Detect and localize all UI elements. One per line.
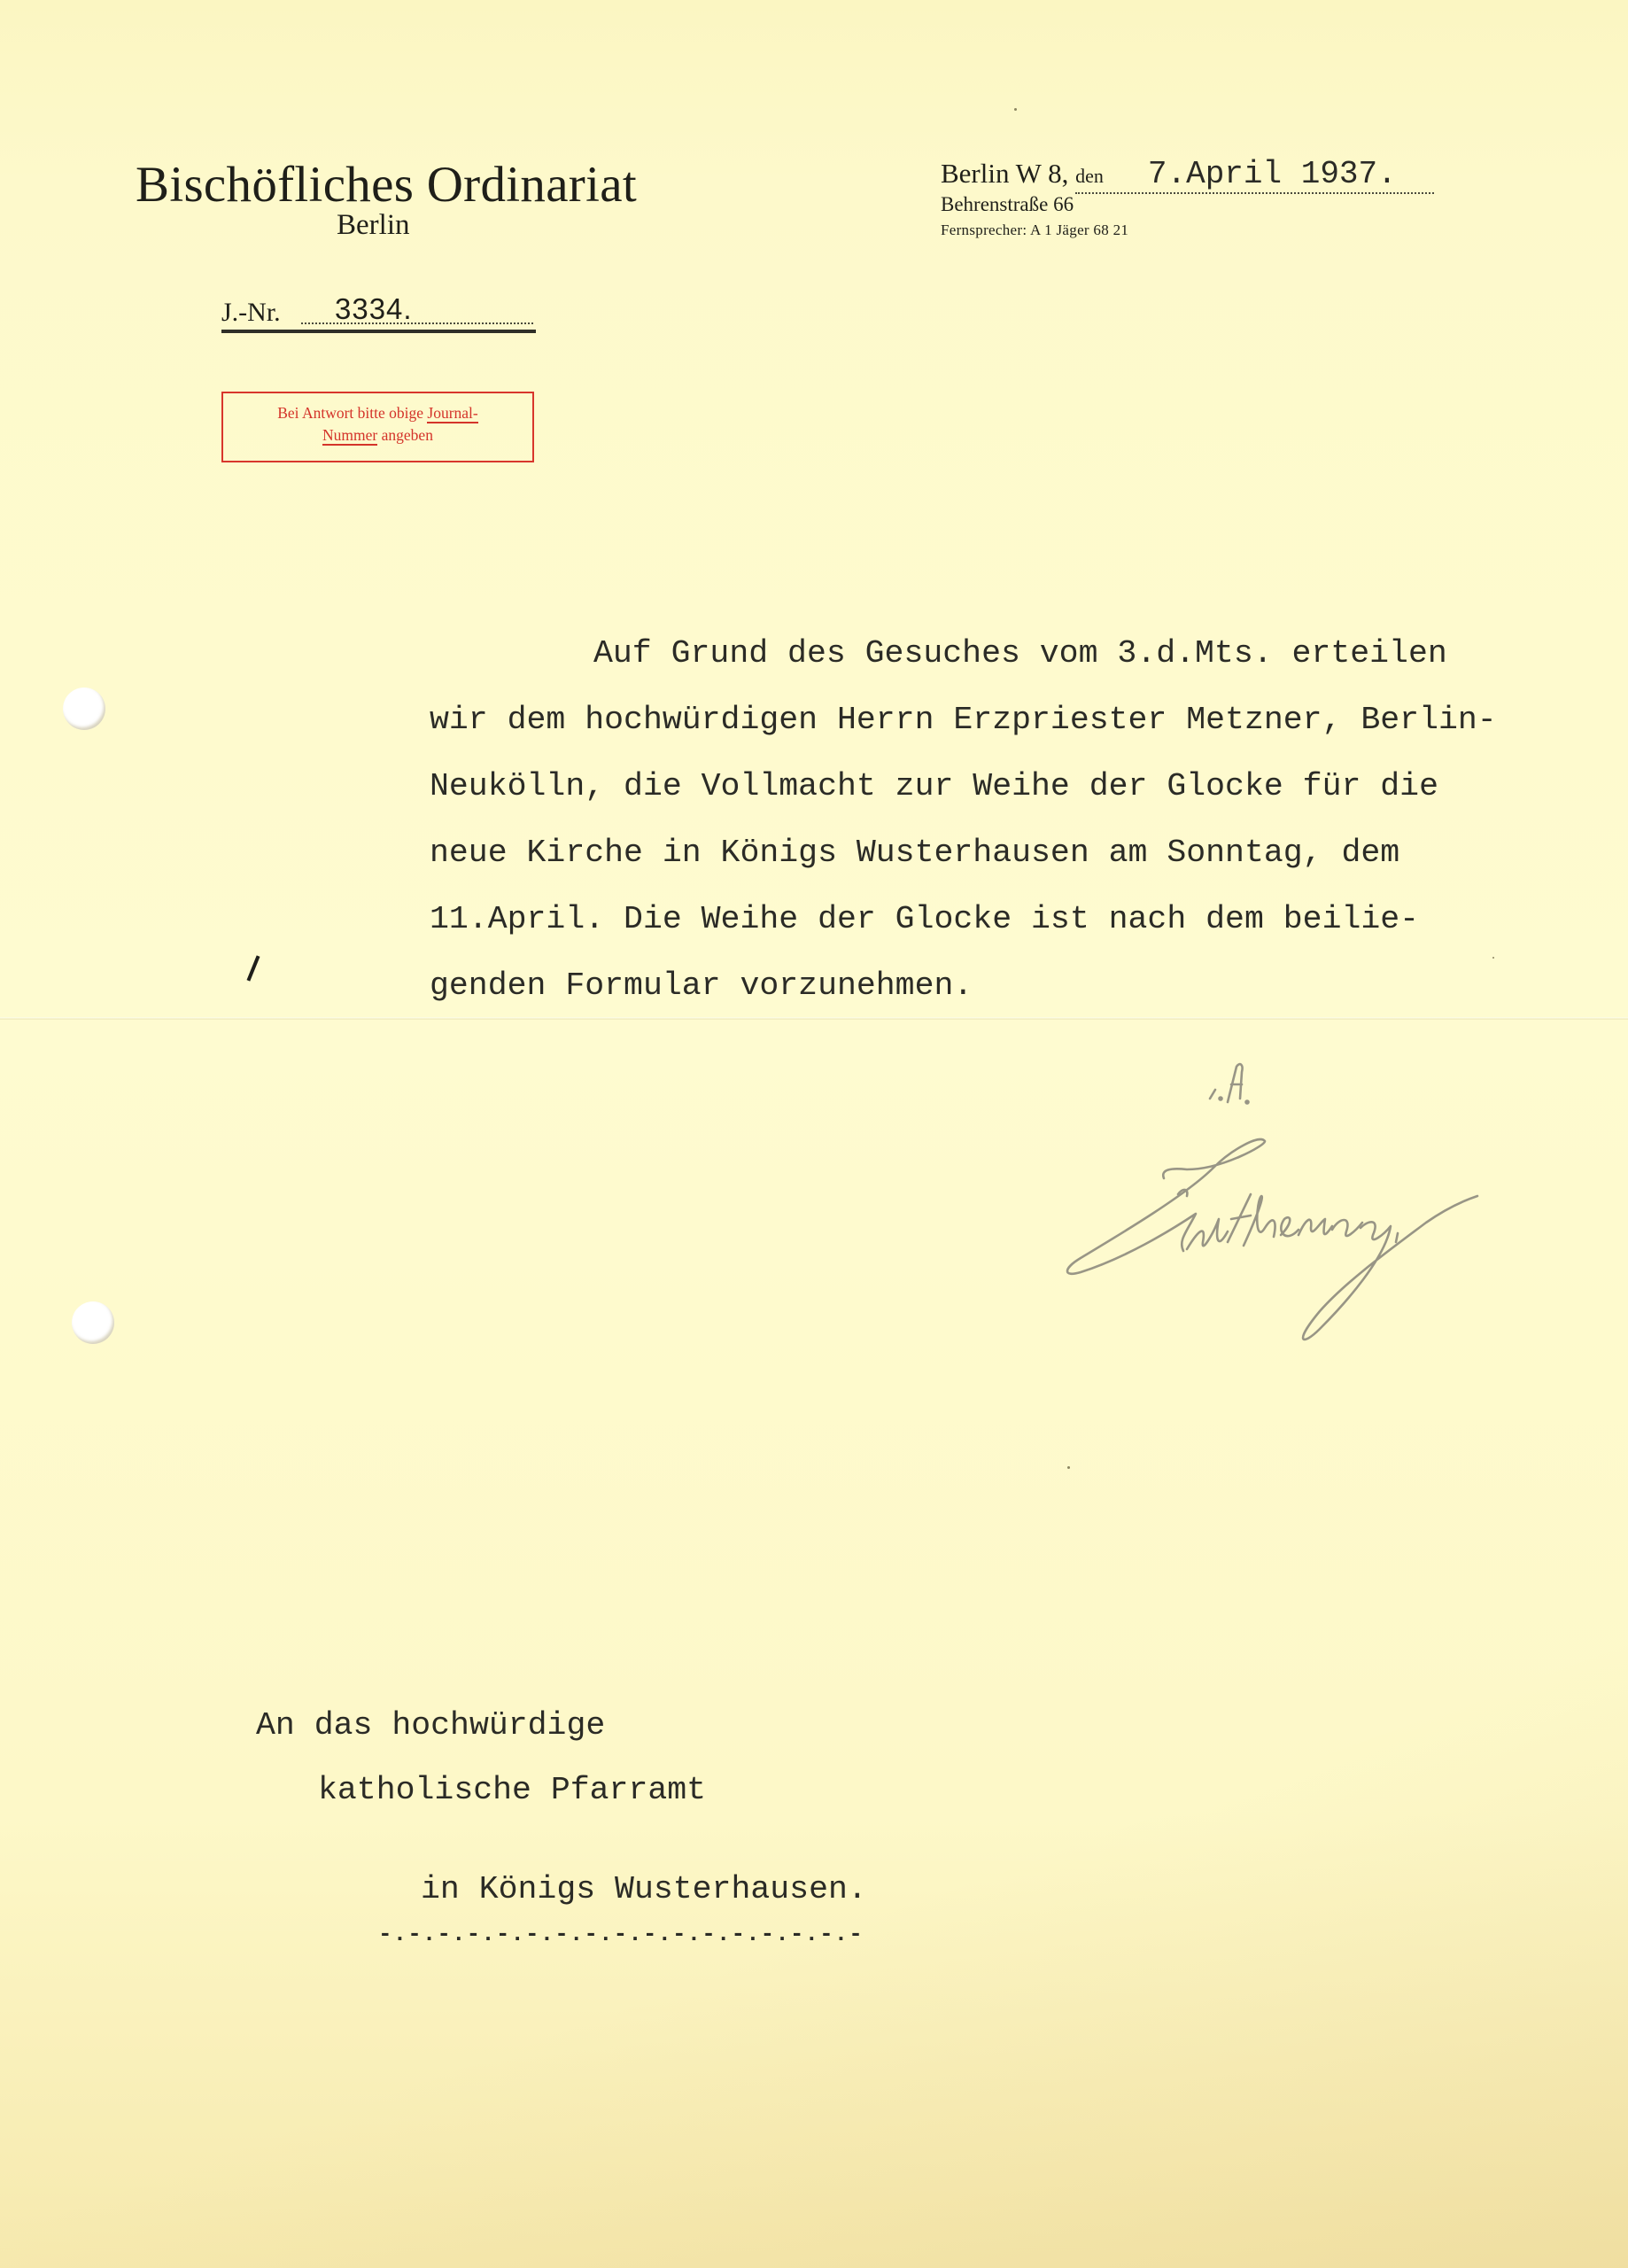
header-phone: Fernsprecher: A 1 Jäger 68 21 — [941, 221, 1128, 239]
body-line: genden Formular vorzunehmen. — [430, 952, 1497, 1019]
date-prefix: den — [1075, 165, 1104, 187]
notice-line-2: Nummer angeben — [223, 424, 532, 447]
letter-body: Auf Grund des Gesuches vom 3.d.Mts. erte… — [430, 620, 1497, 1019]
letterhead-organization: Bischöfliches Ordinariat — [136, 156, 637, 214]
notice-text: angeben — [377, 426, 433, 444]
notice-line-1: Bei Antwort bitte obige Journal- — [223, 402, 532, 424]
body-line: Neukölln, die Vollmacht zur Weihe der Gl… — [430, 753, 1497, 819]
margin-slash-mark — [247, 955, 260, 981]
journal-number: 3334. — [335, 292, 413, 326]
paper-speck — [1492, 957, 1494, 959]
paper-speck — [1067, 1466, 1070, 1469]
body-line: Auf Grund des Gesuches vom 3.d.Mts. erte… — [430, 620, 1497, 687]
paper-speck — [1014, 108, 1017, 111]
notice-underlined-text: Nummer — [322, 426, 377, 446]
body-line: wir dem hochwürdigen Herrn Erzpriester M… — [430, 687, 1497, 753]
journal-label: J.-Nr. — [221, 298, 281, 327]
letterhead-city: Berlin — [337, 209, 409, 242]
pencil-signature — [1054, 1045, 1479, 1364]
punch-hole-bottom — [72, 1301, 114, 1344]
journal-notice-stamp: Bei Antwort bitte obige Journal- Nummer … — [221, 392, 534, 462]
notice-text: Bei Antwort bitte obige — [277, 404, 427, 422]
header-street: Behrenstraße 66 — [941, 193, 1074, 216]
header-place: Berlin W 8, — [941, 158, 1068, 189]
notice-underlined-text: Journal- — [427, 404, 477, 423]
body-line: neue Kirche in Königs Wusterhausen am So… — [430, 819, 1497, 886]
punch-hole-top — [63, 687, 105, 730]
body-line: 11.April. Die Weihe der Glocke ist nach … — [430, 886, 1497, 952]
typed-dash-rule: -.-.-.-.-.-.-.-.-.-.-.-.-.-.-.-.- — [378, 1921, 864, 1947]
journal-number-field: J.-Nr. 3334. — [221, 298, 536, 333]
header-place-date: Berlin W 8, den7.April 1937. — [941, 156, 1434, 194]
date-value: 7.April 1937. — [1143, 156, 1404, 192]
recipient-line-1: An das hochwürdige — [256, 1707, 605, 1744]
journal-dotted-line: 3334. — [301, 292, 533, 324]
date-field: den7.April 1937. — [1075, 156, 1434, 194]
recipient-line-3: in Königs Wusterhausen. — [421, 1871, 867, 1907]
recipient-line-2: katholische Pfarramt — [318, 1772, 706, 1808]
